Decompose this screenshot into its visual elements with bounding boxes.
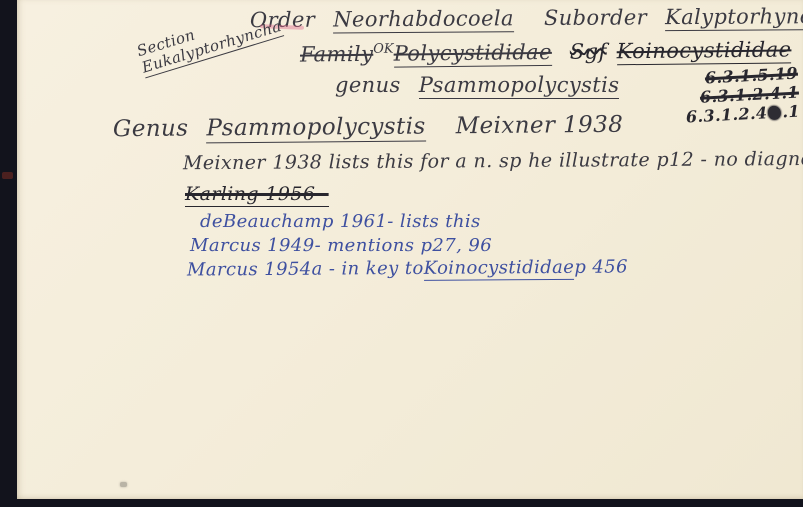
genus-heading-name: Psammopolycystis (206, 113, 425, 143)
section-note: Section Eukalyptorhyncha (135, 2, 284, 79)
order-name: Neorhabdocoela (333, 6, 514, 33)
note-debeauchamp: deBeauchamp 1961- lists this (200, 211, 481, 232)
genus-heading-line: GenusPsammopolycystisMeixner 1938 (113, 112, 623, 144)
scanned-index-card-image: OrderNeorhabdocoelaSuborderKalyptorhynch… (0, 0, 803, 507)
note-marcus-1949-text: Marcus 1949- mentions p27, 96 (190, 235, 492, 256)
note-marcus-1954-taxon: Koinocystididae (424, 257, 575, 281)
suborder-name: Kalyptorhynchia (665, 4, 803, 31)
family-label: Family (300, 42, 374, 67)
genus-authority: Meixner 1938 (456, 112, 624, 139)
note-marcus-1954: Marcus 1954a - in key to Koinocystididae… (187, 256, 628, 282)
genus-label: genus (335, 73, 401, 97)
note-meixner: Meixner 1938 lists this for a n. sp he i… (183, 148, 803, 175)
note-meixner-text: Meixner 1938 lists this for a n. sp he i… (183, 148, 803, 175)
family-correction: OK (373, 42, 394, 57)
scan-artifact (2, 172, 13, 179)
catalog-codes: 6.3.1.5.19 6.3.1.2.4.1 6.3.1.2.4.1 (628, 64, 801, 130)
note-marcus-1954-pre: Marcus 1954a - in key to (187, 258, 424, 281)
family-line: FamilyOKPolycystididaeSgfKoinocystididae (300, 37, 792, 68)
note-karling: Karling 1956 - (185, 183, 329, 207)
note-debeauchamp-text: deBeauchamp 1961- lists this (200, 211, 481, 232)
catalog-code-3-post: .1 (782, 102, 800, 122)
index-card: OrderNeorhabdocoelaSuborderKalyptorhynch… (17, 0, 803, 499)
replacement-family-name: Koinocystididae (617, 37, 792, 65)
catalog-code-3-pre: 6.3.1.2.4 (685, 103, 767, 126)
note-marcus-1954-page: p 456 (574, 256, 628, 277)
family-name: Polycystididae (394, 40, 552, 68)
order-line: OrderNeorhabdocoelaSuborderKalyptorhynch… (250, 4, 803, 34)
genus-line-small: genusPsammopolycystis (335, 73, 619, 99)
dust-speck (120, 482, 127, 487)
genus-name: Psammopolycystis (419, 73, 620, 99)
genus-heading-label: Genus (113, 116, 189, 143)
note-karling-text: Karling 1956 - (185, 183, 329, 207)
note-marcus-1949: Marcus 1949- mentions p27, 96 (190, 235, 492, 256)
crossed-abbreviation: Sgf (570, 39, 607, 63)
ink-blot (768, 106, 782, 121)
suborder-label: Suborder (544, 5, 647, 30)
